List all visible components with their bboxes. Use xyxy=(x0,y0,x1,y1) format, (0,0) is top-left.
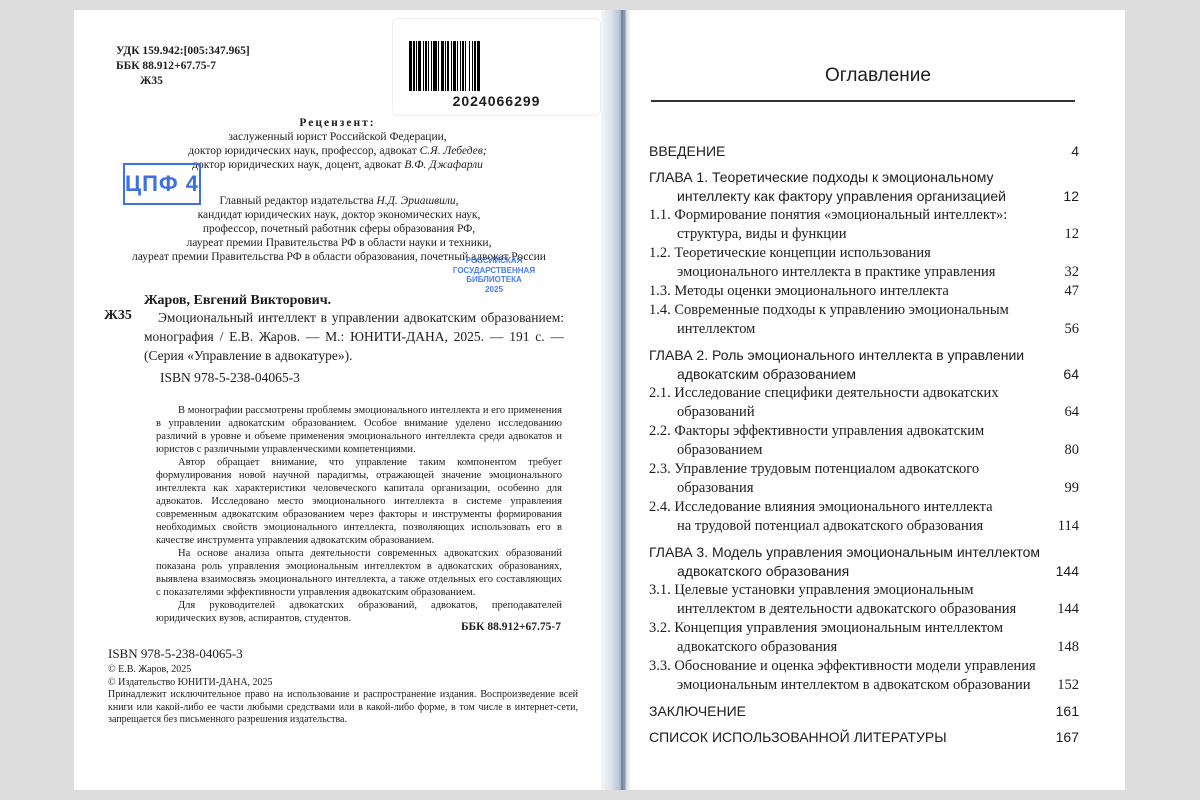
toc-entry: 2.1. Исследование специфики деятельности… xyxy=(649,384,1079,422)
toc-entry-title: 2.3. Управление трудовым потенциалом адв… xyxy=(649,460,1079,479)
toc-page-number: 114 xyxy=(1058,517,1079,536)
left-page-imprint: УДК 159.942:[005:347.965] ББК 88.912+67.… xyxy=(74,10,601,790)
toc-entry-title-cont: интеллекту как фактору управления органи… xyxy=(649,187,1079,206)
udk-code: УДК 159.942:[005:347.965] xyxy=(116,44,250,59)
abstract-paragraph: На основе анализа опыта деятельности сов… xyxy=(156,547,562,599)
toc-title: Оглавление xyxy=(631,65,1125,87)
table-of-contents: ВВЕДЕНИЕ4ГЛАВА 1. Теоретические подходы … xyxy=(649,142,1079,747)
abstract-paragraph: В монографии рассмотрены проблемы эмоцио… xyxy=(156,404,562,456)
editor-line: лауреат премии Правительства РФ в област… xyxy=(104,236,574,250)
toc-entry-title: ГЛАВА 2. Роль эмоционального интеллекта … xyxy=(649,346,1079,365)
abstract: В монографии рассмотрены проблемы эмоцио… xyxy=(156,404,562,625)
toc-entry: 1.3. Методы оценки эмоционального интелл… xyxy=(649,282,1079,301)
toc-entry: 2.4. Исследование влияния эмоционального… xyxy=(649,498,1079,536)
editor-role: Главный редактор издательства xyxy=(219,195,373,207)
toc-entry-title-cont: адвокатского образования xyxy=(649,638,1079,657)
reviewer-name: С.Я. Лебедев; xyxy=(420,145,487,157)
toc-entry-title: ЗАКЛЮЧЕНИЕ xyxy=(649,702,1079,721)
reviewer-credentials: доктор юридических наук, доцент, адвокат xyxy=(192,159,401,171)
abstract-paragraph: Автор обращает внимание, что управление … xyxy=(156,456,562,547)
reviewer-line: доктор юридических наук, профессор, адво… xyxy=(74,144,601,158)
library-stamp-line: БИБЛИОТЕКА xyxy=(434,275,554,285)
toc-entry-title: 2.4. Исследование влияния эмоционального… xyxy=(649,498,1079,517)
toc-entry-title: 3.3. Обоснование и оценка эффективности … xyxy=(649,657,1079,676)
editor-line: профессор, почетный работник сферы образ… xyxy=(104,222,574,236)
toc-entry-title-cont: интеллектом xyxy=(649,320,1079,339)
toc-entry-title: 3.1. Целевые установки управления эмоцио… xyxy=(649,581,1079,600)
toc-entry-title: 3.2. Концепция управления эмоциональным … xyxy=(649,619,1079,638)
toc-entry-title: ГЛАВА 3. Модель управления эмоциональным… xyxy=(649,543,1079,562)
toc-page-number: 64 xyxy=(1063,365,1079,384)
toc-entry: ВВЕДЕНИЕ4 xyxy=(649,142,1079,161)
toc-entry: 2.3. Управление трудовым потенциалом адв… xyxy=(649,460,1079,498)
toc-page-number: 12 xyxy=(1063,187,1079,206)
barcode-number: 2024066299 xyxy=(393,93,600,109)
toc-page-number: 32 xyxy=(1065,263,1080,282)
toc-page-number: 152 xyxy=(1057,676,1079,695)
library-stamp-line: РОССИЙСКАЯ xyxy=(434,256,554,266)
author-mark: Ж35 xyxy=(116,74,250,89)
copyright-block: © Е.В. Жаров, 2025 © Издательство ЮНИТИ-… xyxy=(108,664,578,727)
copyright-author: © Е.В. Жаров, 2025 xyxy=(108,664,578,677)
toc-entry: СПИСОК ИСПОЛЬЗОВАННОЙ ЛИТЕРАТУРЫ167 xyxy=(649,728,1079,747)
barcode-icon xyxy=(409,41,584,91)
toc-entry: ЗАКЛЮЧЕНИЕ161 xyxy=(649,702,1079,721)
toc-page-number: 64 xyxy=(1065,403,1080,422)
toc-page-number: 12 xyxy=(1065,225,1080,244)
toc-entry: 1.4. Современные подходы к управлению эм… xyxy=(649,301,1079,339)
isbn-footer: ISBN 978-5-238-04065-3 xyxy=(108,646,243,662)
bibliographic-record: Эмоциональный интеллект в управлении адв… xyxy=(144,308,564,365)
library-stamp-line: ГОСУДАРСТВЕННАЯ xyxy=(434,266,554,276)
toc-entry-title: 2.2. Факторы эффективности управления ад… xyxy=(649,422,1079,441)
copyright-publisher: © Издательство ЮНИТИ-ДАНА, 2025 xyxy=(108,677,578,690)
editor-block: Главный редактор издательства Н.Д. Эриаш… xyxy=(104,194,574,264)
bbk-code: ББК 88.912+67.75-7 xyxy=(116,59,250,74)
toc-entry-title: ГЛАВА 1. Теоретические подходы к эмоцион… xyxy=(649,168,1079,187)
reviewer-heading: Рецензент: xyxy=(74,116,601,130)
toc-entry-title-cont: образований xyxy=(649,403,1079,422)
toc-entry-title-cont: образованием xyxy=(649,441,1079,460)
library-stamp: РОССИЙСКАЯ ГОСУДАРСТВЕННАЯ БИБЛИОТЕКА 20… xyxy=(434,256,554,294)
toc-entry-title-cont: эмоционального интеллекта в практике упр… xyxy=(649,263,1079,282)
toc-page-number: 4 xyxy=(1071,142,1079,161)
toc-entry: 2.2. Факторы эффективности управления ад… xyxy=(649,422,1079,460)
toc-entry-title: ВВЕДЕНИЕ xyxy=(649,142,1079,161)
isbn: ISBN 978-5-238-04065-3 xyxy=(160,370,300,386)
barcode-sticker: 2024066299 xyxy=(392,18,601,116)
toc-page-number: 144 xyxy=(1056,562,1079,581)
toc-entry: 3.3. Обоснование и оценка эффективности … xyxy=(649,657,1079,695)
toc-entry: 1.2. Теоретические концепции использован… xyxy=(649,244,1079,282)
author-mark-indent: Ж35 xyxy=(104,308,132,324)
toc-entry-title: 2.1. Исследование специфики деятельности… xyxy=(649,384,1079,403)
toc-entry-title-cont: на трудовой потенциал адвокатского образ… xyxy=(649,517,1079,536)
toc-entry-title-cont: эмоциональным интеллектом в адвокатском … xyxy=(649,676,1079,695)
toc-entry: 1.1. Формирование понятия «эмоциональный… xyxy=(649,206,1079,244)
title-divider xyxy=(651,100,1075,102)
toc-entry: ГЛАВА 2. Роль эмоционального интеллекта … xyxy=(649,346,1079,384)
library-stamp-year: 2025 xyxy=(434,285,554,295)
toc-page-number: 167 xyxy=(1056,728,1079,747)
toc-page-number: 161 xyxy=(1056,702,1079,721)
book-spread: УДК 159.942:[005:347.965] ББК 88.912+67.… xyxy=(74,10,1125,790)
toc-entry-title-cont: образования xyxy=(649,479,1079,498)
toc-entry-title: 1.1. Формирование понятия «эмоциональный… xyxy=(649,206,1079,225)
toc-entry-title: 1.2. Теоретические концепции использован… xyxy=(649,244,1079,263)
bbk-footer: ББК 88.912+67.75-7 xyxy=(461,621,561,633)
toc-page-number: 99 xyxy=(1065,479,1080,498)
right-page-contents: Оглавление ВВЕДЕНИЕ4ГЛАВА 1. Теоретическ… xyxy=(631,10,1125,790)
editor-name: Н.Д. Эриашвили, xyxy=(376,195,458,207)
toc-entry-title-cont: адвокатским образованием xyxy=(649,365,1079,384)
toc-entry-title-cont: структура, виды и функции xyxy=(649,225,1079,244)
editor-line: Главный редактор издательства Н.Д. Эриаш… xyxy=(104,194,574,208)
reviewer-name: В.Ф. Джафарли xyxy=(404,159,483,171)
toc-entry-title: 1.3. Методы оценки эмоционального интелл… xyxy=(649,282,1079,301)
toc-entry-title-cont: интеллектом в деятельности адвокатского … xyxy=(649,600,1079,619)
toc-entry-title: 1.4. Современные подходы к управлению эм… xyxy=(649,301,1079,320)
toc-entry: 3.1. Целевые установки управления эмоцио… xyxy=(649,581,1079,619)
toc-entry-title: СПИСОК ИСПОЛЬЗОВАННОЙ ЛИТЕРАТУРЫ xyxy=(649,728,1079,747)
toc-page-number: 47 xyxy=(1065,282,1080,301)
editor-line: кандидат юридических наук, доктор эконом… xyxy=(104,208,574,222)
reviewer-credentials: доктор юридических наук, профессор, адво… xyxy=(188,145,416,157)
toc-page-number: 80 xyxy=(1065,441,1080,460)
toc-page-number: 144 xyxy=(1057,600,1079,619)
author-heading: Жаров, Евгений Викторович. xyxy=(144,293,331,309)
book-spine xyxy=(601,10,631,790)
toc-page-number: 56 xyxy=(1065,320,1080,339)
rights-notice: Принадлежит исключительное право на испо… xyxy=(108,689,578,727)
toc-entry: 3.2. Концепция управления эмоциональным … xyxy=(649,619,1079,657)
toc-page-number: 148 xyxy=(1057,638,1079,657)
toc-entry-title-cont: адвокатского образования xyxy=(649,562,1079,581)
toc-entry: ГЛАВА 1. Теоретические подходы к эмоцион… xyxy=(649,168,1079,206)
reviewer-line: заслуженный юрист Российской Федерации, xyxy=(74,130,601,144)
toc-entry: ГЛАВА 3. Модель управления эмоциональным… xyxy=(649,543,1079,581)
classification-codes: УДК 159.942:[005:347.965] ББК 88.912+67.… xyxy=(116,44,250,89)
